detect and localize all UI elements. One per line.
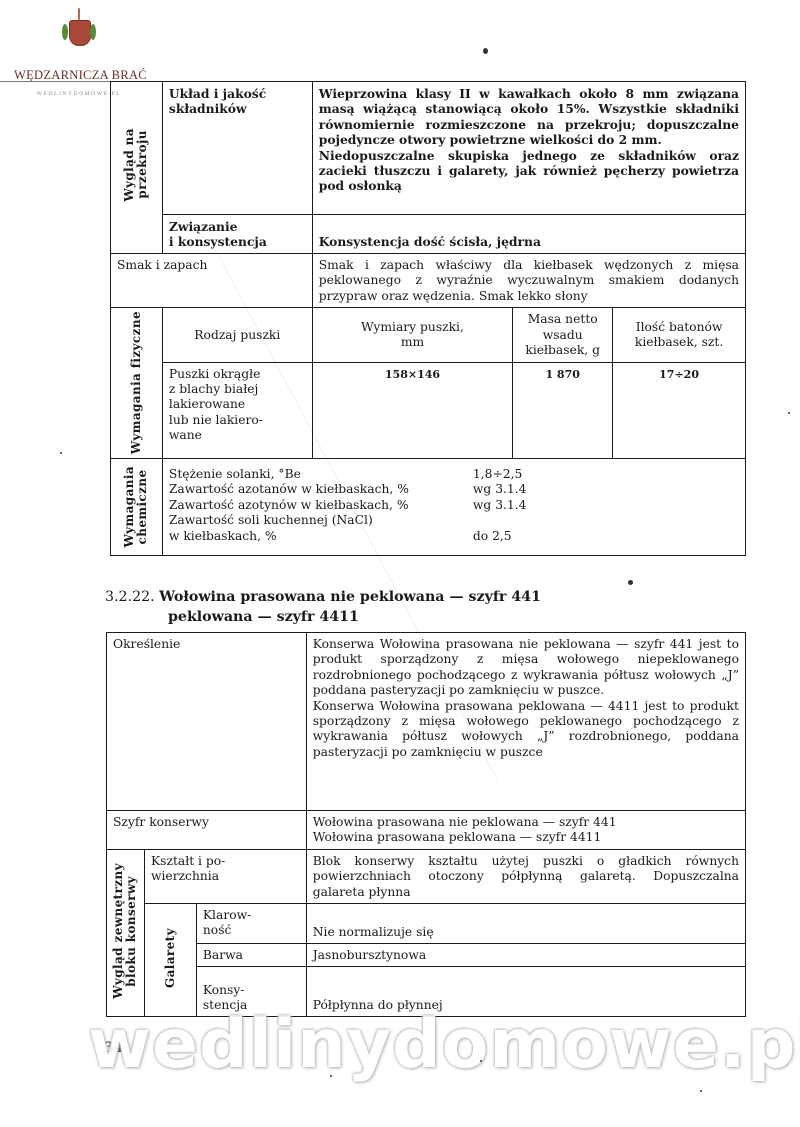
group-jelly: Galarety	[164, 928, 177, 988]
section-title-line2: peklowana — szyfr 4411	[105, 607, 541, 627]
row-label-code: Szyfr konserwy	[107, 811, 307, 850]
group-cross-section: Wygląd na przekroju	[123, 128, 149, 202]
scan-speck	[480, 1060, 482, 1062]
jelly-label-color: Barwa	[196, 944, 306, 967]
chem-value-salt: do 2,5	[473, 529, 739, 544]
jelly-label-clarity: Klarow- ność	[196, 904, 306, 944]
group-appearance: Wygląd zewnętrzny bloku konserwy	[112, 863, 138, 999]
row-value-code: Wołowina prasowana nie peklowana — szyfr…	[306, 811, 745, 850]
row-label-shape: Kształt i po- wierzchnia	[144, 849, 306, 903]
chem-label-nitrites: Zawartość azotynów w kiełbaskach, %	[169, 498, 473, 513]
row-value-taste: Smak i zapach właściwy dla kiełbasek węd…	[312, 253, 745, 307]
scan-speck	[60, 452, 62, 454]
chem-label-salt: Zawartość soli kuchennej (NaCl) w kiełba…	[169, 513, 473, 544]
row-value-definition: Konserwa Wołowina prasowana nie peklowan…	[306, 633, 745, 811]
section-number: 3.2.22.	[105, 589, 155, 605]
scan-speck	[330, 1075, 332, 1077]
jelly-value-color: Jasnobursztynowa	[306, 944, 745, 967]
row-value-shape: Blok konserwy kształtu użytej puszki o g…	[306, 849, 745, 903]
col-header-count: Ilość batonów kiełbasek, szt.	[613, 308, 746, 363]
row-label-binding: Związanie i konsystencja	[162, 215, 312, 254]
scan-speck	[700, 1090, 702, 1092]
jelly-value-clarity: Nie normalizuje się	[306, 904, 745, 944]
col-header-can-dimensions: Wymiary puszki, mm	[312, 308, 513, 363]
cell-net-mass: 1 870	[513, 362, 613, 459]
site-watermark: wedlinydomowe.pl	[88, 1005, 800, 1084]
chem-value-nitrates: wg 3.1.4	[473, 482, 739, 497]
cell-can-dimensions: 158×146	[312, 362, 513, 459]
chem-label-brine: Stężenie solanki, °Be	[169, 467, 473, 482]
col-header-net-mass: Masa netto wsadu kiełbasek, g	[513, 308, 613, 363]
scan-speck	[483, 48, 488, 54]
spec-table-pressed-beef: Określenie Konserwa Wołowina prasowana n…	[106, 632, 746, 1017]
scan-speck	[628, 580, 633, 585]
scan-speck	[788, 412, 790, 414]
col-header-can-type: Rodzaj puszki	[162, 308, 312, 363]
group-physical: Wymagania fizyczne	[130, 311, 143, 454]
chem-value-brine: 1,8÷2,5	[473, 467, 739, 482]
chem-label-nitrates: Zawartość azotanów w kiełbaskach, %	[169, 482, 473, 497]
row-value-binding: Konsystencja dość ścisła, jędrna	[312, 215, 745, 254]
row-label-taste: Smak i zapach	[111, 253, 313, 307]
row-label-definition: Określenie	[107, 633, 307, 811]
chem-value-nitrites: wg 3.1.4	[473, 498, 739, 513]
smokehouse-shield-icon	[62, 8, 96, 48]
row-value-composition: Wieprzowina klasy II w kawałkach około 8…	[312, 82, 745, 215]
section-heading: 3.2.22. Wołowina prasowana nie peklowana…	[105, 587, 541, 627]
group-chemical: Wymagania chemiczne	[123, 466, 149, 547]
cell-count: 17÷20	[613, 362, 746, 459]
section-title-line1: Wołowina prasowana nie peklowana — szyfr…	[159, 589, 541, 605]
spec-table-sausages: Wygląd na przekroju Układ i jakość skład…	[110, 81, 746, 556]
cell-can-type: Puszki okrągłe z blachy białej lakierowa…	[162, 362, 312, 459]
row-label-composition: Układ i jakość składników	[162, 82, 312, 215]
